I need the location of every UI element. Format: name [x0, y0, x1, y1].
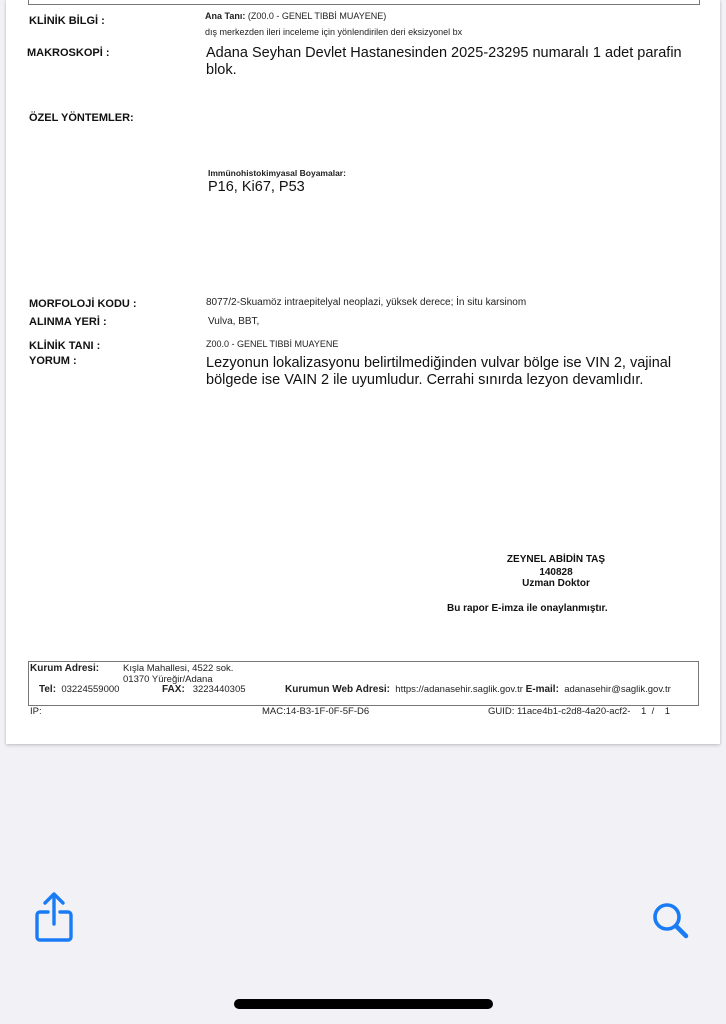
web-value[interactable]: https://adanasehir.saglik.gov.tr [395, 684, 523, 695]
ihk-label: Immünohistokimyasal Boyamalar: [208, 168, 346, 178]
makroskopi-label: MAKROSKOPİ : [27, 47, 110, 59]
institution-footer: Kurum Adresi: Kışla Mahallesi, 4522 sok.… [28, 661, 699, 706]
tel-label: Tel: [39, 684, 56, 695]
search-icon [650, 900, 694, 944]
page-number: 1 / 1 [641, 706, 670, 717]
ozel-yontemler-label: ÖZEL YÖNTEMLER: [29, 112, 134, 124]
makroskopi-text: Adana Seyhan Devlet Hastanesinden 2025-2… [206, 45, 696, 79]
ana-tani-value: (Z00.0 - GENEL TIBBİ MUAYENE) [248, 11, 386, 21]
fax-value: 3223440305 [193, 684, 246, 695]
share-icon [33, 890, 79, 946]
alinma-yeri-label: ALINMA YERİ : [29, 316, 107, 328]
doctor-id: 140828 [486, 567, 626, 578]
e-imza-approval: Bu rapor E-imza ile onaylanmıştır. [447, 603, 608, 614]
alinma-yeri-value: Vulva, BBT, [208, 316, 259, 327]
document-page: KLİNİK BİLGİ : Ana Tanı: (Z00.0 - GENEL … [6, 0, 720, 744]
email-value[interactable]: adanasehir@saglik.gov.tr [564, 684, 671, 695]
share-button[interactable] [33, 890, 79, 946]
ana-tani-label: Ana Tanı: [205, 11, 245, 21]
mac-address: MAC:14-B3-1F-0F-5F-D6 [262, 706, 369, 717]
ip-label: IP: [30, 706, 42, 717]
klinik-bilgi-note: dış merkezden ileri inceleme için yönlen… [205, 27, 462, 37]
fax: FAX: 3223440305 [162, 684, 246, 695]
klinik-tani-value: Z00.0 - GENEL TIBBİ MUAYENE [206, 339, 338, 349]
yorum-text: Lezyonun lokalizasyonu belirtilmediğinde… [206, 355, 676, 389]
yorum-label: YORUM : [29, 355, 77, 367]
ana-tani: Ana Tanı: (Z00.0 - GENEL TIBBİ MUAYENE) [205, 11, 386, 21]
web-label: Kurumun Web Adresi: [285, 684, 390, 695]
address-line1: Kışla Mahallesi, 4522 sok. [123, 663, 233, 674]
klinik-tani-label: KLİNİK TANI : [29, 340, 100, 352]
email-label: E-mail: [526, 684, 559, 695]
doctor-title: Uzman Doktor [486, 578, 626, 589]
tel: Tel: 03224559000 [39, 684, 119, 695]
address-label: Kurum Adresi: [30, 663, 99, 674]
morfoloji-kodu-value: 8077/2-Skuamöz intraepitelyal neoplazi, … [206, 297, 526, 308]
search-button[interactable] [650, 900, 694, 944]
doctor-name: ZEYNEL ABİDİN TAŞ [486, 554, 626, 565]
web-address: Kurumun Web Adresi: https://adanasehir.s… [285, 684, 671, 695]
morfoloji-kodu-label: MORFOLOJİ KODU : [29, 298, 137, 310]
ihk-value: P16, Ki67, P53 [208, 179, 305, 195]
guid: GUID: 11ace4b1-c2d8-4a20-acf2- [488, 706, 630, 717]
home-indicator[interactable] [234, 999, 493, 1009]
klinik-bilgi-label: KLİNİK BİLGİ : [29, 15, 105, 27]
fax-label: FAX: [162, 684, 185, 695]
tel-value: 03224559000 [61, 684, 119, 695]
header-box-border [28, 0, 700, 5]
